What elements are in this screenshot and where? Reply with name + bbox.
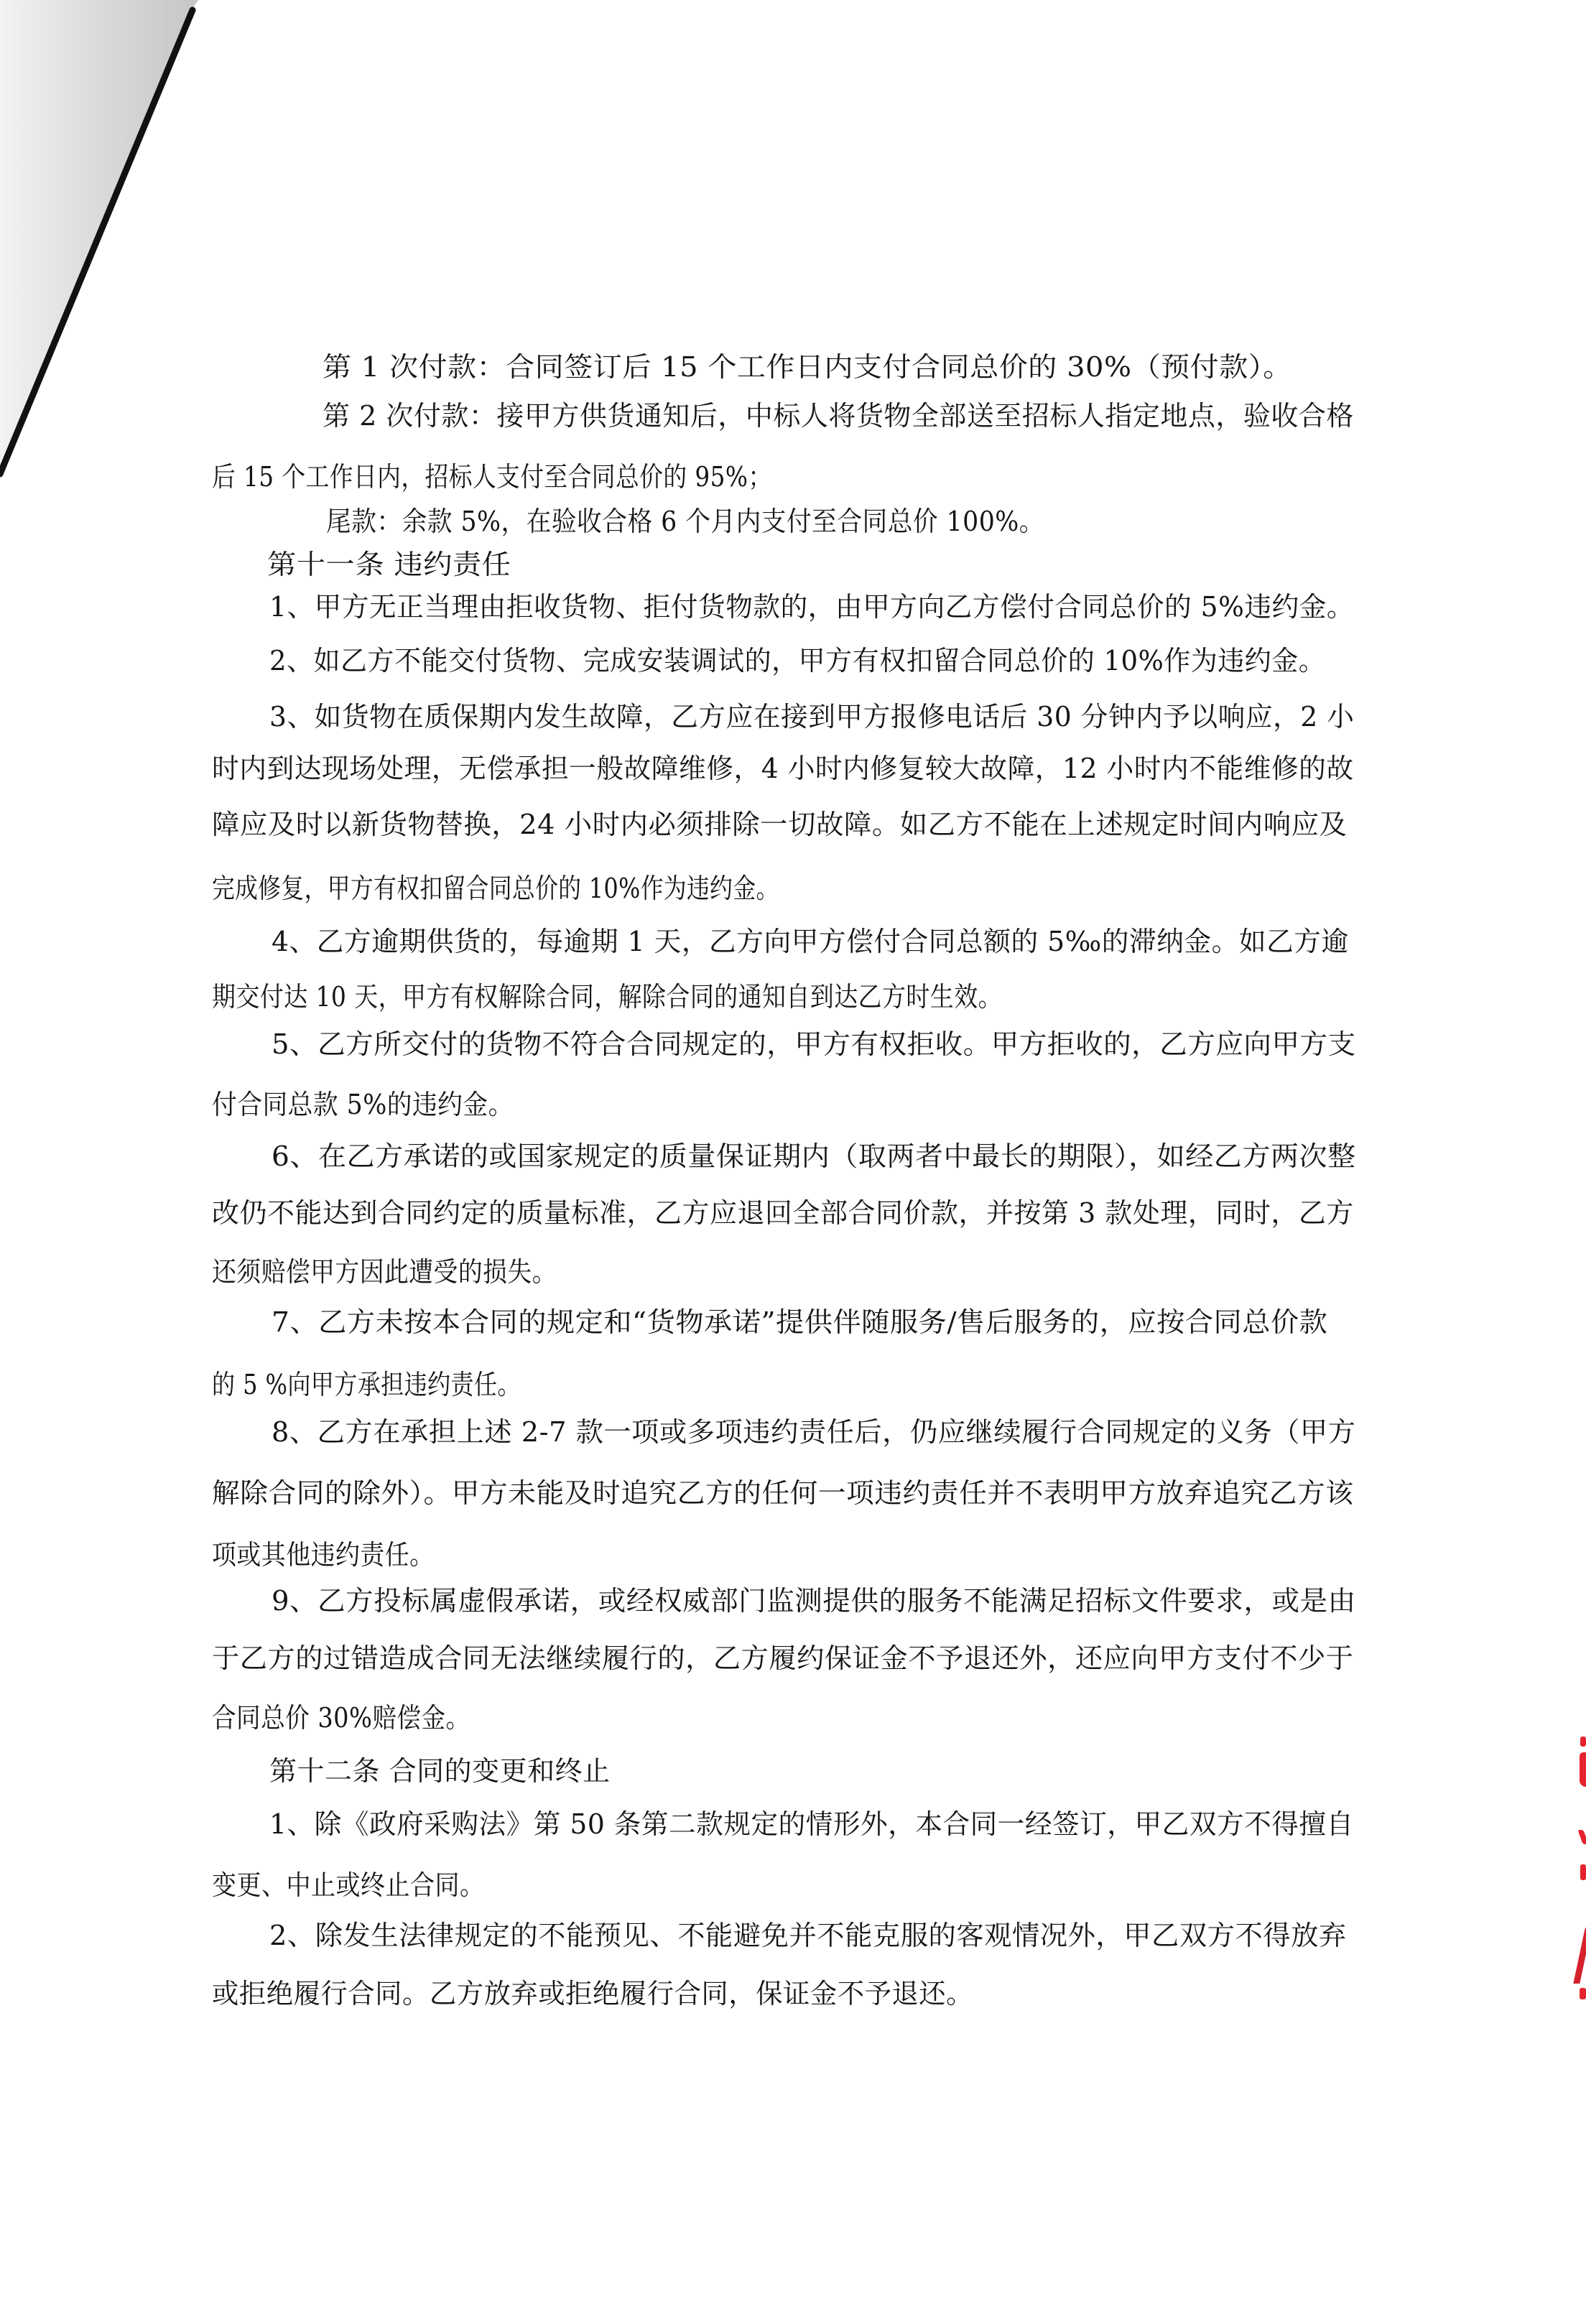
section-11-line: 解除合同的除外）。甲方未能及时追究乙方的任何一项违约责任并不表明甲方放弃追究乙方… <box>212 1477 1353 1509</box>
section-12-line: 变更、中止或终止合同。 <box>212 1869 485 1901</box>
payment-term-line: 后 15 个工作日内，招标人支付至合同总价的 95%； <box>212 461 772 493</box>
section-11-line: 时内到达现场处理，无偿承担一般故障维修，4 小时内修复较大故障，12 小时内不能… <box>212 753 1354 784</box>
section-12-heading: 第十二条 合同的变更和终止 <box>269 1755 611 1787</box>
section-11-line: 5、乙方所交付的货物不符合合同规定的，甲方有权拒收。甲方拒收的，乙方应向甲方支 <box>272 1028 1356 1060</box>
page-edge-line <box>0 10 193 474</box>
section-11-line: 3、如货物在质保期内发生故障，乙方应在接到甲方报修电话后 30 分钟内予以响应，… <box>269 701 1354 733</box>
payment-term-line: 第 2 次付款：接甲方供货通知后，中标人将货物全部送至招标人指定地点，验收合格 <box>323 400 1354 432</box>
adjacent-page-area <box>0 0 198 474</box>
section-11-line: 7、乙方未按本合同的规定和“货物承诺”提供伴随服务/售后服务的，应按合同总价款 <box>272 1306 1327 1338</box>
section-11-line: 项或其他违约责任。 <box>212 1539 435 1571</box>
section-11-line: 付合同总款 5%的违约金。 <box>212 1089 514 1120</box>
section-11-line: 9、乙方投标属虚假承诺，或经权威部门监测提供的服务不能满足招标文件要求，或是由 <box>272 1585 1356 1617</box>
section-11-line: 合同总价 30%赔偿金。 <box>212 1702 470 1734</box>
section-11-line: 改仍不能达到合同约定的质量标准，乙方应退回全部合同价款，并按第 3 款处理，同时… <box>212 1197 1354 1229</box>
payment-term-line: 尾款：余款 5%，在验收合格 6 个月内支付至合同总价 100%。 <box>326 506 1044 537</box>
section-12-line: 2、除发生法律规定的不能预见、不能避免并不能克服的客观情况外，甲乙双方不得放弃 <box>269 1920 1347 1951</box>
section-11-line: 还须赔偿甲方因此遭受的损失。 <box>212 1256 557 1288</box>
section-11-line: 完成修复，甲方有权扣留合同总价的 10%作为违约金。 <box>212 873 779 904</box>
section-11-line: 4、乙方逾期供货的，每逾期 1 天，乙方向甲方偿付合同总额的 5‰的滞纳金。如乙… <box>272 926 1349 957</box>
section-11-line: 于乙方的过错造成合同无法继续履行的，乙方履约保证金不予退还外，还应向甲方支付不少… <box>212 1642 1354 1674</box>
section-11-line: 8、乙方在承担上述 2-7 款一项或多项违约责任后，仍应继续履行合同规定的义务（… <box>272 1416 1355 1448</box>
section-11-line: 期交付达 10 天，甲方有权解除合同，解除合同的通知自到达乙方时生效。 <box>212 981 1002 1013</box>
section-11-line: 的 5 %向甲方承担违约责任。 <box>212 1369 521 1400</box>
section-12-line: 1、除《政府采购法》第 50 条第二款规定的情形外，本合同一经签订，甲乙双方不得… <box>269 1808 1354 1840</box>
section-11-line: 1、甲方无正当理由拒收货物、拒付货物款的，由甲方向乙方偿付合同总价的 5%违约金… <box>269 591 1354 623</box>
section-11-line: 2、如乙方不能交付货物、完成安装调试的，甲方有权扣留合同总价的 10%作为违约金… <box>269 645 1325 677</box>
section-11-line: 障应及时以新货物替换，24 小时内必须排除一切故障。如乙方不能在上述规定时间内响… <box>212 809 1347 840</box>
section-11-heading: 第十一条 违约责任 <box>267 549 511 580</box>
section-11-line: 6、在乙方承诺的或国家规定的质量保证期内（取两者中最长的期限），如经乙方两次整 <box>272 1140 1356 1172</box>
section-12-line: 或拒绝履行合同。乙方放弃或拒绝履行合同，保证金不予退还。 <box>212 1978 973 2009</box>
payment-term-line: 第 1 次付款：合同签订后 15 个工作日内支付合同总价的 30%（预付款）。 <box>323 351 1292 383</box>
